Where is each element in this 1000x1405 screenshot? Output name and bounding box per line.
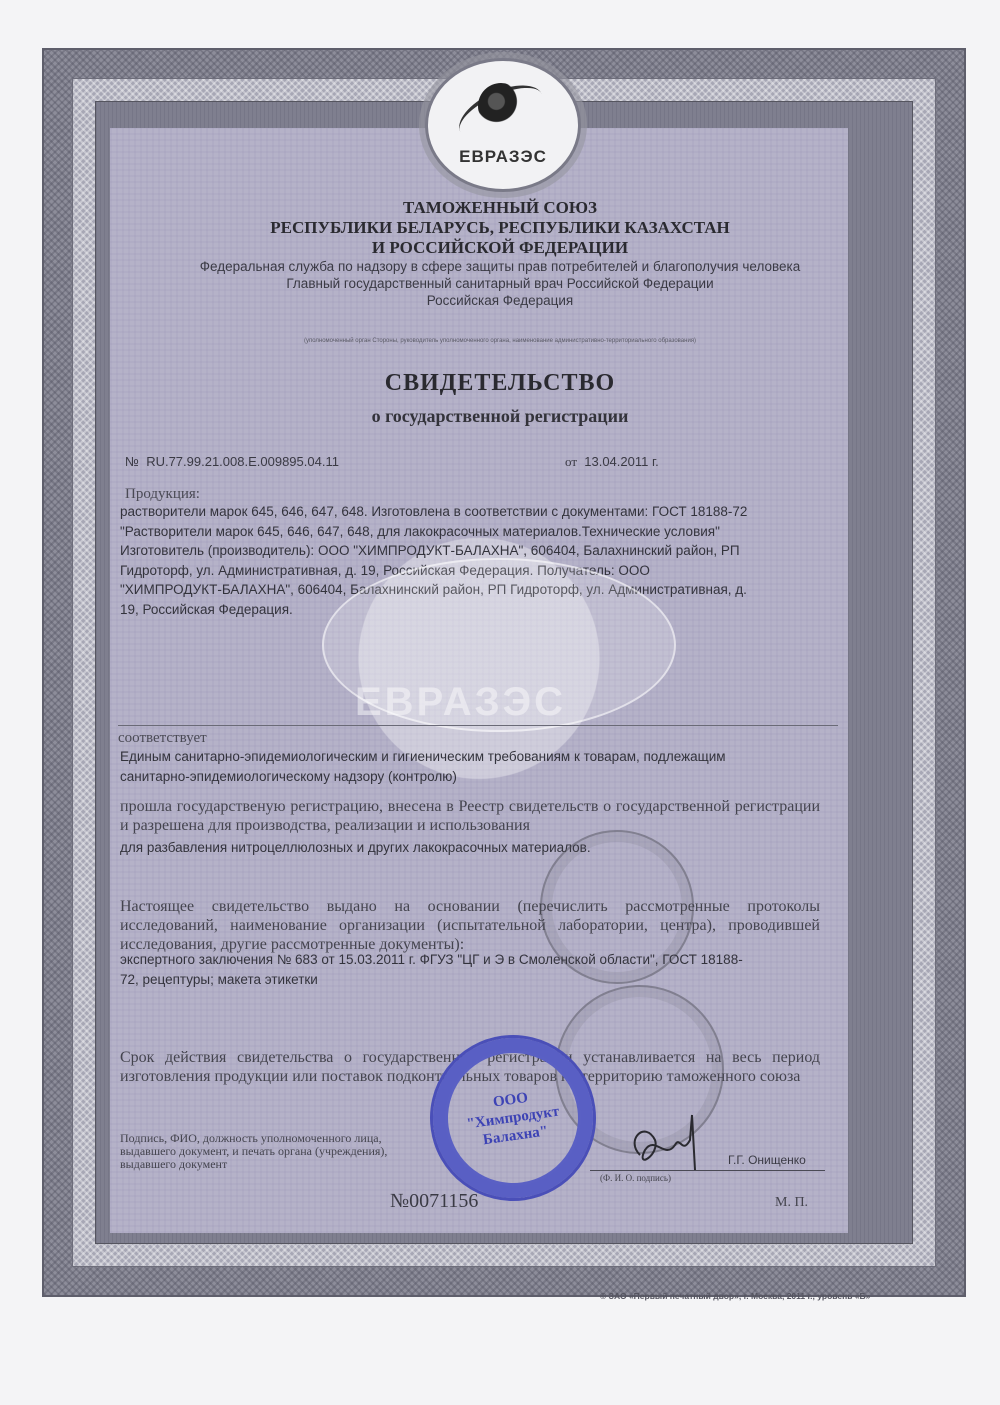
basis-documents: экспертного заключения № 683 от 15.03.20… [120, 950, 850, 989]
authority-line: Главный государственный санитарный врач … [110, 275, 890, 292]
signer-name: Г.Г. Онищенко [728, 1153, 806, 1167]
number-label: № [125, 454, 139, 469]
seal-place-label: М. П. [775, 1195, 808, 1211]
date-value: 13.04.2011 г. [584, 454, 658, 469]
authority-line: Федеральная служба по надзору в сфере за… [110, 258, 890, 275]
basis-line: экспертного заключения № 683 от 15.03.20… [120, 950, 850, 970]
signature-caption: Подпись, ФИО, должность уполномоченного … [120, 1132, 450, 1171]
conformity-label: соответствует [118, 730, 207, 747]
basis-line: 72, рецептуры; макета этикетки [120, 970, 850, 990]
caption-line: выдавшего документ [120, 1158, 450, 1171]
usage-purpose: для разбавления нитроцеллюлозных и други… [120, 838, 850, 858]
product-line: "Растворители марок 645, 646, 647, 648, … [120, 522, 850, 542]
union-line: И РОССИЙСКОЙ ФЕДЕРАЦИИ [110, 238, 890, 258]
document-title: СВИДЕТЕЛЬСТВО [110, 370, 890, 397]
authority-line: Российская Федерация [110, 292, 890, 309]
product-label: Продукция: [125, 486, 200, 503]
union-line: ТАМОЖЕННЫЙ СОЮЗ [110, 198, 890, 218]
conformity-line: Единым санитарно-эпидемиологическим и ги… [120, 747, 850, 767]
number-value: RU.77.99.21.008.Е.009895.04.11 [146, 454, 339, 469]
registration-date: от 13.04.2011 г. [565, 454, 659, 470]
signer-caption: (Ф. И. О. подпись) [600, 1172, 671, 1185]
printer-imprint: © ЗАО «Первый печатный двор», г. Москва,… [600, 1291, 870, 1301]
evrazes-emblem: ЕВРАЗЭС [425, 58, 581, 192]
product-line: растворители марок 645, 646, 647, 648. И… [120, 502, 850, 522]
watermark-label: ЕВРАЗЭС [355, 680, 566, 725]
union-heading: ТАМОЖЕННЫЙ СОЮЗ РЕСПУБЛИКИ БЕЛАРУСЬ, РЕС… [110, 198, 890, 258]
authority-block: Федеральная служба по надзору в сфере за… [110, 258, 890, 309]
basis-statement: Настоящее свидетельство выдано на основа… [120, 897, 820, 954]
date-label: от [565, 454, 577, 469]
emblem-globe-icon [478, 83, 524, 129]
document-subtitle: о государственной регистрации [110, 406, 890, 427]
registration-statement: прошла государственую регистрацию, внесе… [120, 797, 820, 835]
union-line: РЕСПУБЛИКИ БЕЛАРУСЬ, РЕСПУБЛИКИ КАЗАХСТА… [110, 218, 890, 238]
conformity-line: санитарно-эпидемиологическому надзору (к… [120, 767, 850, 787]
form-number: №0071156 [390, 1190, 478, 1213]
authority-caption: (уполномоченный орган Стороны, руководит… [180, 338, 820, 344]
divider [118, 725, 838, 726]
conformity-text: Единым санитарно-эпидемиологическим и ги… [120, 747, 850, 786]
registration-number: № RU.77.99.21.008.Е.009895.04.11 [125, 454, 339, 469]
signature-line [590, 1170, 825, 1171]
